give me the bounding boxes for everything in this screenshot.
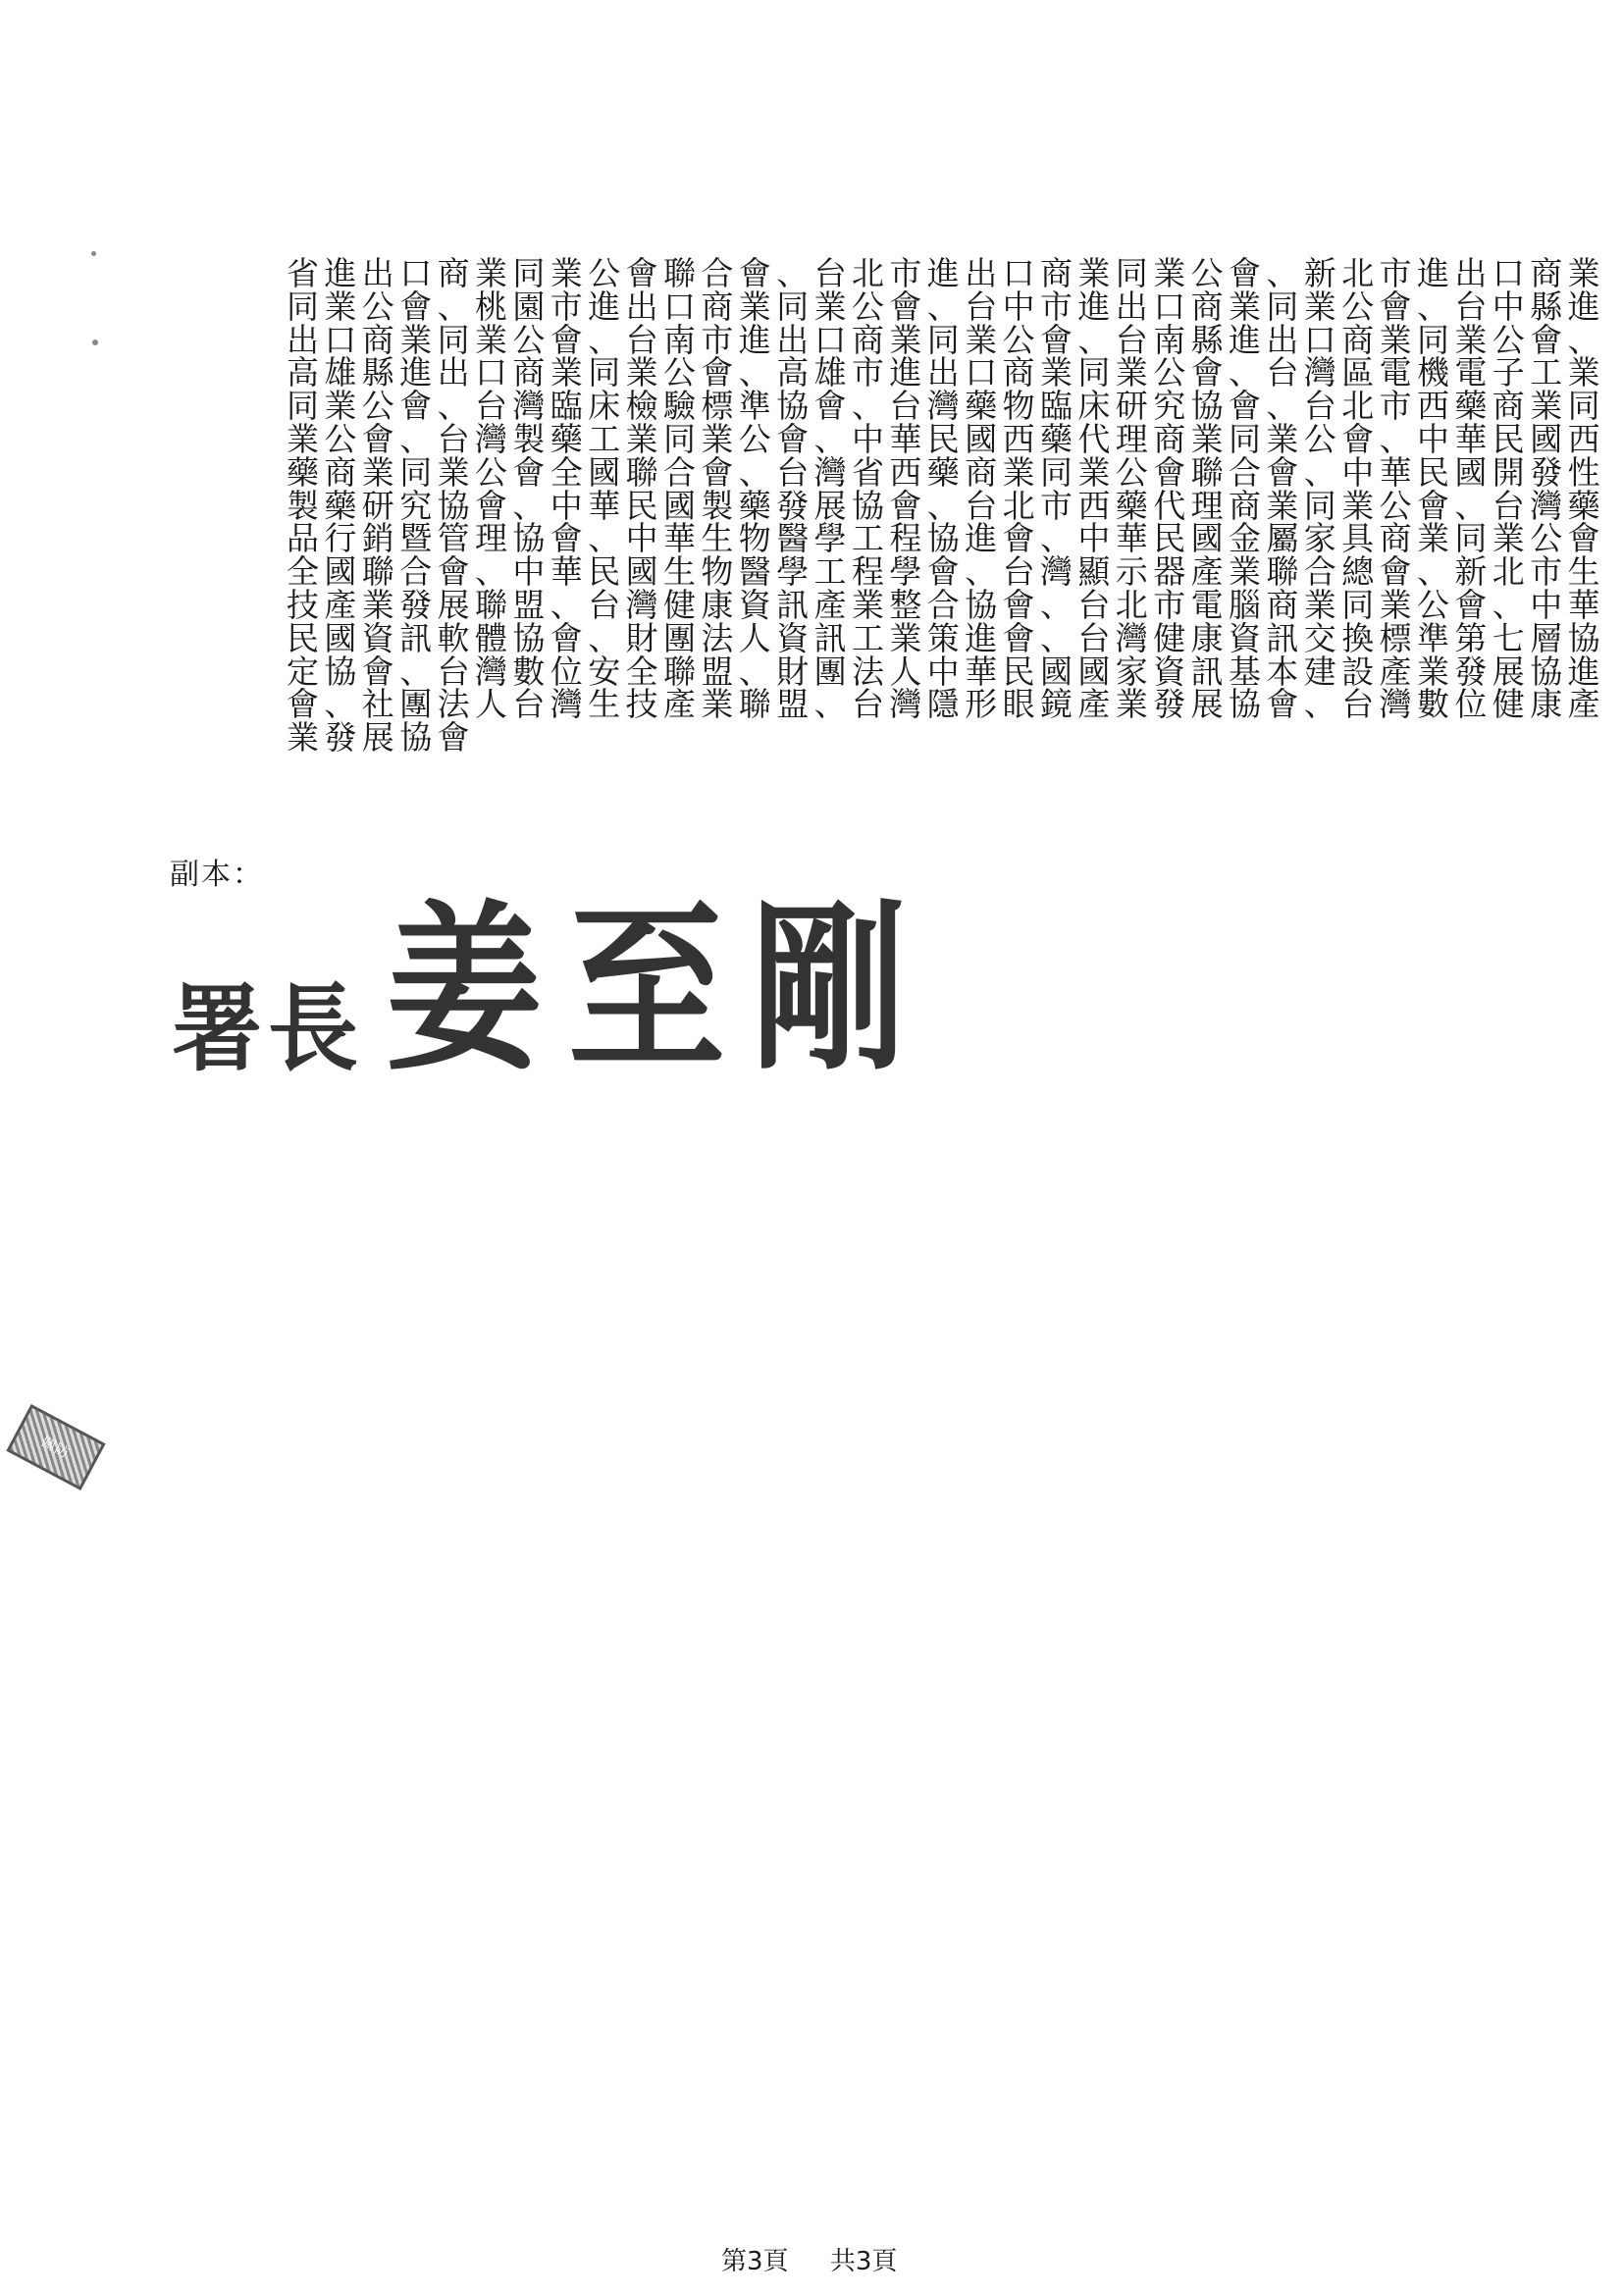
signature-block: 署長 姜至剛: [172, 878, 933, 1104]
recipients-line: 藥商業同業公會全國聯合會、台灣省西藥商業同業公會聯合會、中華民國開發性: [287, 456, 1444, 490]
recipients-line: 技產業發展聯盟、台灣健康資訊產業整合協會、台北市電腦商業同業公會、中華: [287, 589, 1444, 622]
recipients-line: 品行銷暨管理協會、中華生物醫學工程協進會、中華民國金屬家具商業同業公會: [287, 522, 1444, 555]
recipients-line: 定協會、台灣數位安全聯盟、財團法人中華民國國家資訊基本建設產業發展協進: [287, 655, 1444, 689]
recipients-line: 出口商業同業公會、台南市進出口商業同業公會、台南縣進出口商業同業公會、: [287, 324, 1444, 357]
seal-text: 關防: [10, 1408, 101, 1487]
signature-name: 姜至剛: [386, 845, 933, 1105]
signature-title: 署長: [172, 954, 364, 1090]
page-number-total: 共3頁: [830, 2247, 898, 2276]
scan-speck: [92, 339, 98, 345]
recipients-line: 同業公會、台灣臨床檢驗標準協會、台灣藥物臨床研究協會、台北市西藥商業同: [287, 390, 1444, 423]
recipients-line: 製藥研究協會、中華民國製藥發展協會、台北市西藥代理商業同業公會、台灣藥: [287, 490, 1444, 523]
page-number-current: 第3頁: [721, 2247, 789, 2276]
recipients-line: 省進出口商業同業公會聯合會、台北市進出口商業同業公會、新北市進出口商業: [287, 257, 1444, 290]
scan-speck: [91, 251, 96, 256]
page-footer: 第3頁 共3頁: [721, 2241, 930, 2277]
recipients-list: 省進出口商業同業公會聯合會、台北市進出口商業同業公會、新北市進出口商業 同業公會…: [287, 257, 1444, 755]
recipients-line: 會、社團法人台灣生技產業聯盟、台灣隱形眼鏡產業發展協會、台灣數位健康產: [287, 688, 1444, 721]
recipients-line: 民國資訊軟體協會、財團法人資訊工業策進會、台灣健康資訊交換標準第七層協: [287, 622, 1444, 655]
recipients-line: 業發展協會: [287, 721, 1444, 755]
document-page: 省進出口商業同業公會聯合會、台北市進出口商業同業公會、新北市進出口商業 同業公會…: [0, 0, 1623, 2296]
recipients-line: 高雄縣進出口商業同業公會、高雄市進出口商業同業公會、台灣區電機電子工業: [287, 356, 1444, 390]
official-seal-stamp: 關防: [6, 1404, 105, 1490]
recipients-line: 全國聯合會、中華民國生物醫學工程學會、台灣顯示器產業聯合總會、新北市生: [287, 555, 1444, 589]
recipients-line: 業公會、台灣製藥工業同業公會、中華民國西藥代理商業同業公會、中華民國西: [287, 423, 1444, 456]
recipients-line: 同業公會、桃園市進出口商業同業公會、台中市進出口商業同業公會、台中縣進: [287, 290, 1444, 324]
